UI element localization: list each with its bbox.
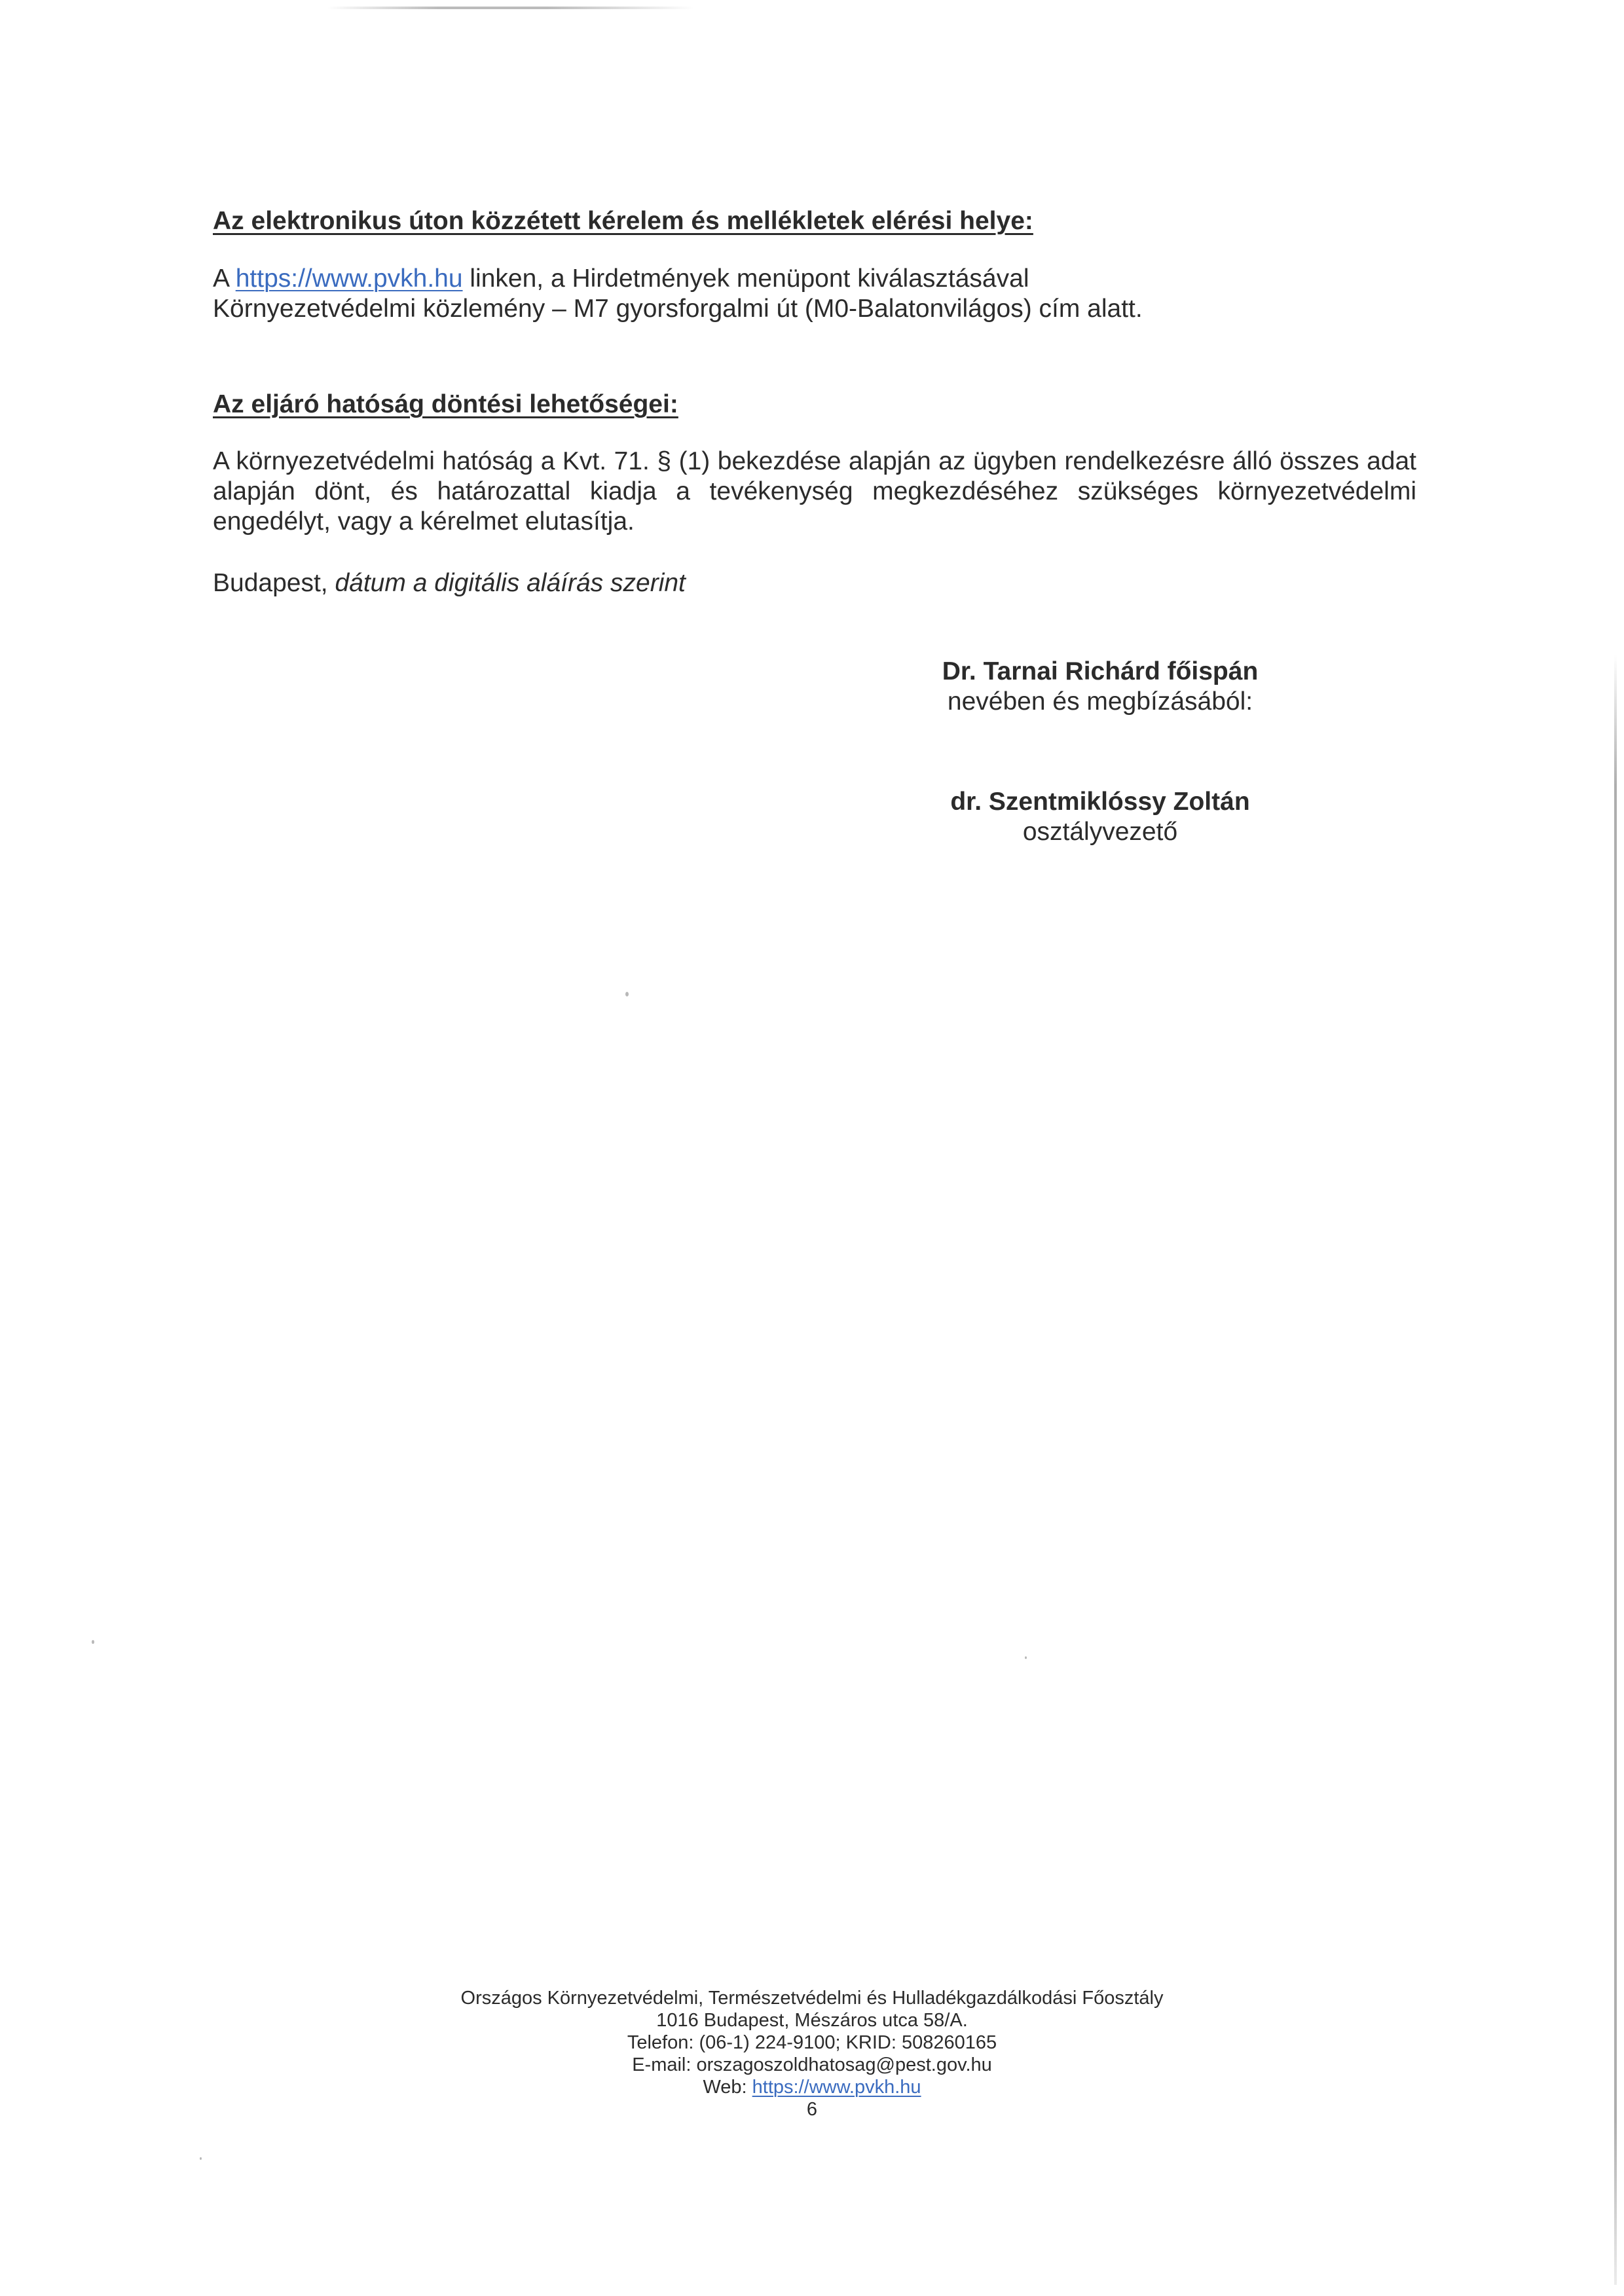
- footer-web: Web: https://www.pvkh.hu: [406, 2076, 1218, 2098]
- page-number: 6: [406, 2098, 1218, 2121]
- scan-speck: [92, 1640, 94, 1644]
- footer-phone: Telefon: (06-1) 224-9100; KRID: 50826016…: [406, 2032, 1218, 2054]
- scan-speck: [1025, 1656, 1027, 1659]
- place: Budapest,: [213, 569, 335, 597]
- principal-name: Dr. Tarnai Richárd főispán: [904, 657, 1297, 687]
- access-line-1: A https://www.pvkh.hu linken, a Hirdetmé…: [213, 264, 1416, 294]
- signer-title: osztályvezető: [904, 817, 1297, 847]
- section-heading-decision: Az eljáró hatóság döntési lehetőségei:: [213, 390, 678, 419]
- on-behalf-text: nevében és megbízásából:: [904, 687, 1297, 717]
- access-line-2: Környezetvédelmi közlemény – M7 gyorsfor…: [213, 294, 1416, 324]
- scan-speck: [200, 2157, 202, 2160]
- access-suffix: linken, a Hirdetmények menüpont kiválasz…: [463, 264, 1029, 293]
- signer-name: dr. Szentmiklóssy Zoltán: [904, 787, 1297, 817]
- footer-web-label: Web:: [703, 2077, 752, 2098]
- scan-edge-right: [1614, 655, 1617, 2285]
- pvkh-link[interactable]: https://www.pvkh.hu: [236, 264, 463, 293]
- date-text: dátum a digitális aláírás szerint: [335, 569, 685, 597]
- scan-speck: [625, 992, 629, 996]
- footer-address: 1016 Budapest, Mészáros utca 58/A.: [406, 2009, 1218, 2032]
- place-date: Budapest, dátum a digitális aláírás szer…: [213, 568, 1416, 598]
- access-paragraph: A https://www.pvkh.hu linken, a Hirdetmé…: [213, 264, 1416, 324]
- footer-email: E-mail: orszagoszoldhatosag@pest.gov.hu: [406, 2054, 1218, 2076]
- signature-block: Dr. Tarnai Richárd főispán nevében és me…: [904, 657, 1297, 847]
- scan-edge-top: [327, 7, 694, 9]
- signature-spacer: [904, 717, 1297, 787]
- footer: Országos Környezetvédelmi, Természetvéde…: [406, 1987, 1218, 2121]
- section-heading-access: Az elektronikus úton közzétett kérelem é…: [213, 207, 1033, 236]
- footer-organization: Országos Környezetvédelmi, Természetvéde…: [406, 1987, 1218, 2009]
- footer-web-link[interactable]: https://www.pvkh.hu: [752, 2077, 921, 2098]
- access-prefix: A: [213, 264, 236, 293]
- decision-paragraph: A környezetvédelmi hatóság a Kvt. 71. § …: [213, 446, 1416, 537]
